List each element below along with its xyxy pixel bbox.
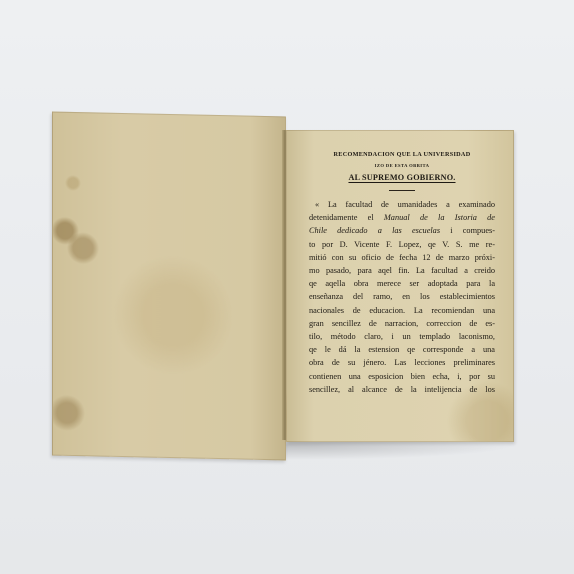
body-line: mitió con su oficio de fecha 12 de marzo… bbox=[309, 251, 495, 264]
page-subheading: IZO DE ESTA OBRITA bbox=[309, 163, 495, 168]
divider-rule bbox=[389, 190, 415, 191]
body-line: tilo, método claro, i un templado laconi… bbox=[309, 330, 495, 343]
body-line: gran sencillez de narracion, correccion … bbox=[309, 317, 495, 330]
body-line: Chile dedicado a las escuelas i compues- bbox=[309, 224, 495, 237]
body-line-text: i compues- bbox=[440, 226, 495, 235]
body-line: to por D. Vicente F. Lopez, qe V. S. me … bbox=[309, 238, 495, 251]
body-line: qe le dá la estension qe corresponde a u… bbox=[309, 343, 495, 356]
body-line: sencillez, al alcance de la intelijencia… bbox=[309, 383, 495, 396]
book-photo: RECOMENDACION QUE LA UNIVERSIDAD IZO DE … bbox=[0, 0, 574, 574]
body-line-italic: Chile dedicado a las escuelas bbox=[309, 226, 440, 235]
body-line: obra de su jénero. Las lecciones prelimi… bbox=[309, 356, 495, 369]
page-heading: RECOMENDACION QUE LA UNIVERSIDAD bbox=[309, 151, 495, 158]
body-line: contienen una esposicion bien echa, i, p… bbox=[309, 370, 495, 383]
body-text: « La facultad de umanidades a examinado … bbox=[309, 198, 495, 396]
page-title: AL SUPREMO GOBIERNO. bbox=[309, 173, 495, 182]
body-line: mo pasado, para aqel fin. La facultad a … bbox=[309, 264, 495, 277]
right-page: RECOMENDACION QUE LA UNIVERSIDAD IZO DE … bbox=[286, 130, 514, 442]
body-line: enseñanza del ramo, en los establecimien… bbox=[309, 290, 495, 303]
body-line-italic: Manual de la Istoria de bbox=[384, 213, 495, 222]
body-line: « La facultad de umanidades a examinado bbox=[309, 198, 495, 211]
body-line: nacionales de educacion. La recomiendan … bbox=[309, 304, 495, 317]
body-line: qe aqella obra merece ser adoptada para … bbox=[309, 277, 495, 290]
body-line: detenidamente el Manual de la Istoria de bbox=[309, 211, 495, 224]
page-text: RECOMENDACION QUE LA UNIVERSIDAD IZO DE … bbox=[309, 151, 495, 396]
left-page-blank bbox=[52, 112, 286, 461]
body-line-text: detenidamente el bbox=[309, 213, 384, 222]
